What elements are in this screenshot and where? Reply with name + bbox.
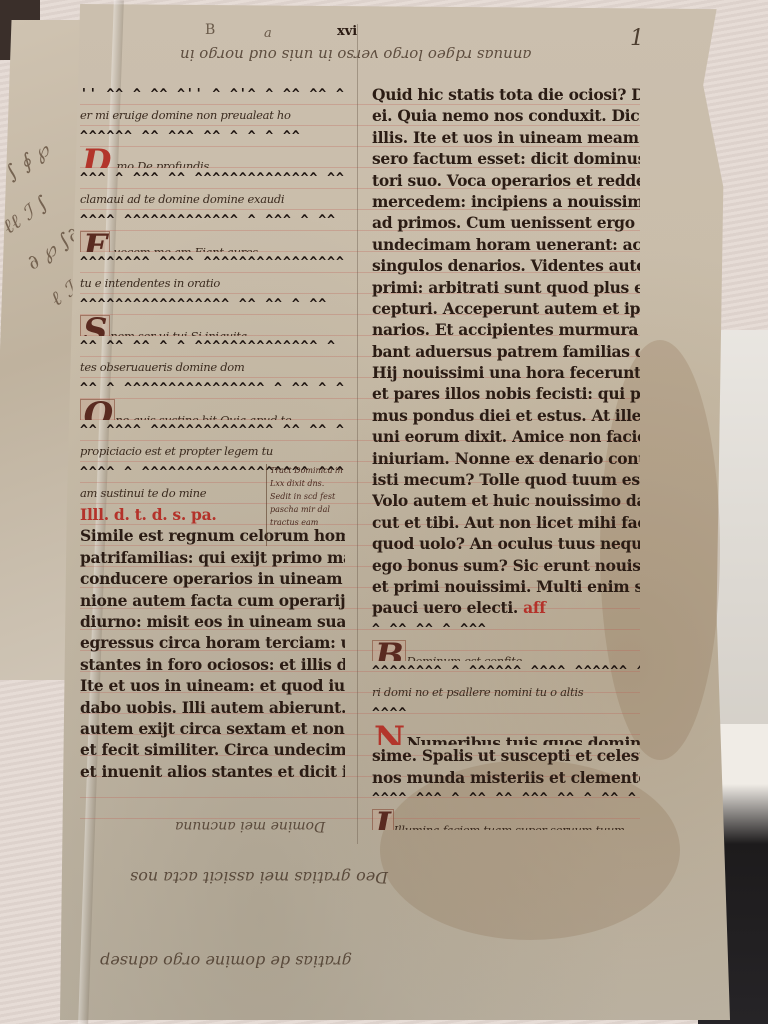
text-line: sime. Spalis ut suscepti et celestibus xyxy=(372,745,640,766)
text-line: tori suo. Voca operarios et redde illis xyxy=(372,170,640,191)
pencil-page-number: 1 xyxy=(630,26,644,51)
header-letter-a: a xyxy=(264,26,272,41)
neume-row: ^^ ^^^^ ^^^^^^^^^^^^^^ ^^ ^^ ^^^^ ^^ xyxy=(80,420,345,441)
text-line: ad primos. Cum uenissent ergo qui circa xyxy=(372,212,640,233)
neume-row: ^^^^ ^^^ ^ ^^ ^^ ^^^ ^^ ^ ^^ ^ xyxy=(372,788,640,809)
text-line: undecimam horam uenerant: acceperunt xyxy=(372,234,640,255)
decorated-initial-i: I xyxy=(372,809,394,830)
text-line: cepturi. Acceperunt autem et ipsi singul… xyxy=(372,298,640,319)
text-line: Hij nouissimi una hora fecerunt: xyxy=(372,362,640,383)
text-line: nione autem facta cum operarijs ex denar… xyxy=(80,590,345,611)
neume-row: ^ ^^ ^^ ^ ^^^ xyxy=(372,619,640,640)
chant-lyric: Snem ser ui tui Si iniquita xyxy=(80,315,345,336)
decorated-initial-s: S xyxy=(80,315,110,336)
chant-lyric: BDominum est confite xyxy=(372,640,640,661)
text-line: primi: arbitrati sunt quod plus essent a… xyxy=(372,277,640,298)
neume-row: ^^^^ xyxy=(372,703,640,724)
inverted-note-top: annuas rdgeo lorgo verso in unis oud nor… xyxy=(180,46,531,64)
text-line: Quid hic statis tota die ociosi? Dicunt xyxy=(372,84,640,105)
chant-lyric: F uocem me am Fiant aures xyxy=(80,231,345,252)
column-divider xyxy=(357,24,358,844)
text-line: egressus circa horam terciam: uidit alio… xyxy=(80,632,345,653)
decorated-initial-q: Q xyxy=(80,399,115,420)
neume-row: ^^ ^ ^^^^^^^^^^^^^^^^ ^ ^^ ^ ^^ xyxy=(80,378,345,399)
text-line: iniuriam. Nonne ex denario conuen xyxy=(372,448,640,469)
text-line: pauci uero electi. aff xyxy=(372,597,640,618)
text-line: conducere operarios in uineam suam. Conu… xyxy=(80,568,345,589)
text-line: cut et tibi. Aut non licet mihi facere xyxy=(372,512,640,533)
neume-row: ^^^^ ^^^^^^^^^^^^^ ^ ^^^ ^ ^^ ^ xyxy=(80,210,345,231)
neume-row: ^^ ^^ ^^ ^ ^ ^^^^^^^^^^^^^^ ^ ^^ xyxy=(80,336,345,357)
inverted-note-bottom-1: Domine mei ancnuna xyxy=(175,818,325,834)
text-line: et fecit similiter. Circa undecimam uero… xyxy=(80,739,345,760)
margin-note-box: Tract Dominica in Lxx dixit dns. Sedit i… xyxy=(266,464,344,546)
chant-lyric: D mo De profundis xyxy=(80,147,345,168)
chant-lyric: tes obseruaueris domine dom xyxy=(80,357,345,378)
neume-row: ^^^^^^ ^^ ^^^ ^^ ^ ^ ^ ^^ xyxy=(80,126,345,147)
inverted-note-bottom-2: Deo gratias mei assicit acta nos xyxy=(130,868,388,887)
neume-row: ^^^^^^^^ ^^^^ ^^^^^^^^^^^^^^^^^^^^^^ xyxy=(80,252,345,273)
right-column: Quid hic statis tota die ociosi? Dicunt … xyxy=(372,84,640,830)
text-line: et inuenit alios stantes et dicit illis. xyxy=(80,761,345,782)
text-line: uni eorum dixit. Amice non facio tibi xyxy=(372,426,640,447)
text-line: et primi nouissimi. Multi enim sunt uoca… xyxy=(372,576,640,597)
header-letter-b: B xyxy=(205,22,215,38)
chant-lyric: Qne quis sustine bit Quia apud te xyxy=(80,399,345,420)
text-line: singulos denarios. Videntes autem et xyxy=(372,255,640,276)
rubric-aff: aff xyxy=(523,598,545,617)
text-line: mus pondus diei et estus. At ille respon… xyxy=(372,405,640,426)
decorated-initial-n: N xyxy=(372,724,407,745)
text-line: NNumeribus tuis quos domine lec xyxy=(372,724,640,745)
text-line: Volo autem et huic nouissimo dare: si xyxy=(372,490,640,511)
text-line: ego bonus sum? Sic erunt nouissimi primi… xyxy=(372,555,640,576)
inverted-note-bottom-3: gratias de domine orgo adnsep xyxy=(100,952,352,971)
folio-number: xvi xyxy=(337,24,357,39)
decorated-initial-f: F xyxy=(80,231,110,252)
text-line: illis. Ite et uos in uineam meam. Cum au… xyxy=(372,127,640,148)
text-line: bant aduersus patrem familias dicentes. xyxy=(372,341,640,362)
chant-lyric: IIllumina faciem tuam super seruum tuum xyxy=(372,809,640,830)
text-line: ei. Quia nemo nos conduxit. Dicit xyxy=(372,105,640,126)
chant-lyric: propiciacio est et propter legem tu xyxy=(80,441,345,462)
text-line: et pares illos nobis fecisti: qui portau… xyxy=(372,383,640,404)
text-line: mercedem: incipiens a nouissimis usque xyxy=(372,191,640,212)
chant-lyric: ri domi no et psallere nomini tu o altis xyxy=(372,682,640,703)
text-line: dabo uobis. Illi autem abierunt. Iterum xyxy=(80,697,345,718)
text-line: narios. Et accipientes murmura xyxy=(372,319,640,340)
text-line: isti mecum? Tolle quod tuum est: et uade… xyxy=(372,469,640,490)
text-line: autem exijt circa sextam et nonam horam: xyxy=(80,718,345,739)
text-line: diurno: misit eos in uineam suam. Et xyxy=(80,611,345,632)
text-line: nos munda misteriis et clementer exaudi … xyxy=(372,767,640,788)
neume-row: '' ^^ ^ ^^ ^'' ^ ^'^ ^ ^^ ^^ ^^^^ ^^^^ xyxy=(80,84,345,105)
neume-row: ^^^^^^^^ ^ ^^^^^^ ^^^^ ^^^^^^ ^^^^ xyxy=(372,661,640,682)
chant-lyric: tu e intendentes in oratio xyxy=(80,273,345,294)
text-line: stantes in foro ociosos: et illis dixit. xyxy=(80,654,345,675)
decorated-initial-d: D xyxy=(80,147,113,168)
text-line: sero factum esset: dicit dominus uinee p… xyxy=(372,148,640,169)
text-block: '' ^^ ^ ^^ ^'' ^ ^'^ ^ ^^ ^^ ^^^^ ^^^^ e… xyxy=(80,84,640,824)
neume-row: ^^^ ^ ^^^ ^^ ^^^^^^^^^^^^^^ ^^^^^^ xyxy=(80,168,345,189)
text-line: quod uolo? An oculus tuus nequam est: qu… xyxy=(372,533,640,554)
text-line: patrifamilias: qui exijt primo mane xyxy=(80,547,345,568)
neume-row: ^^^^^^^^^^^^^^^^^ ^^ ^^ ^ ^^ xyxy=(80,294,345,315)
chant-lyric: clamaui ad te domine domine exaudi xyxy=(80,189,345,210)
text-line: Ite et uos in uineam: et quod iustum fue… xyxy=(80,675,345,696)
left-column: '' ^^ ^ ^^ ^'' ^ ^'^ ^ ^^ ^^ ^^^^ ^^^^ e… xyxy=(80,84,345,782)
chant-lyric: er mi eruige domine non preualeat ho xyxy=(80,105,345,126)
decorated-initial-b: B xyxy=(372,640,406,661)
